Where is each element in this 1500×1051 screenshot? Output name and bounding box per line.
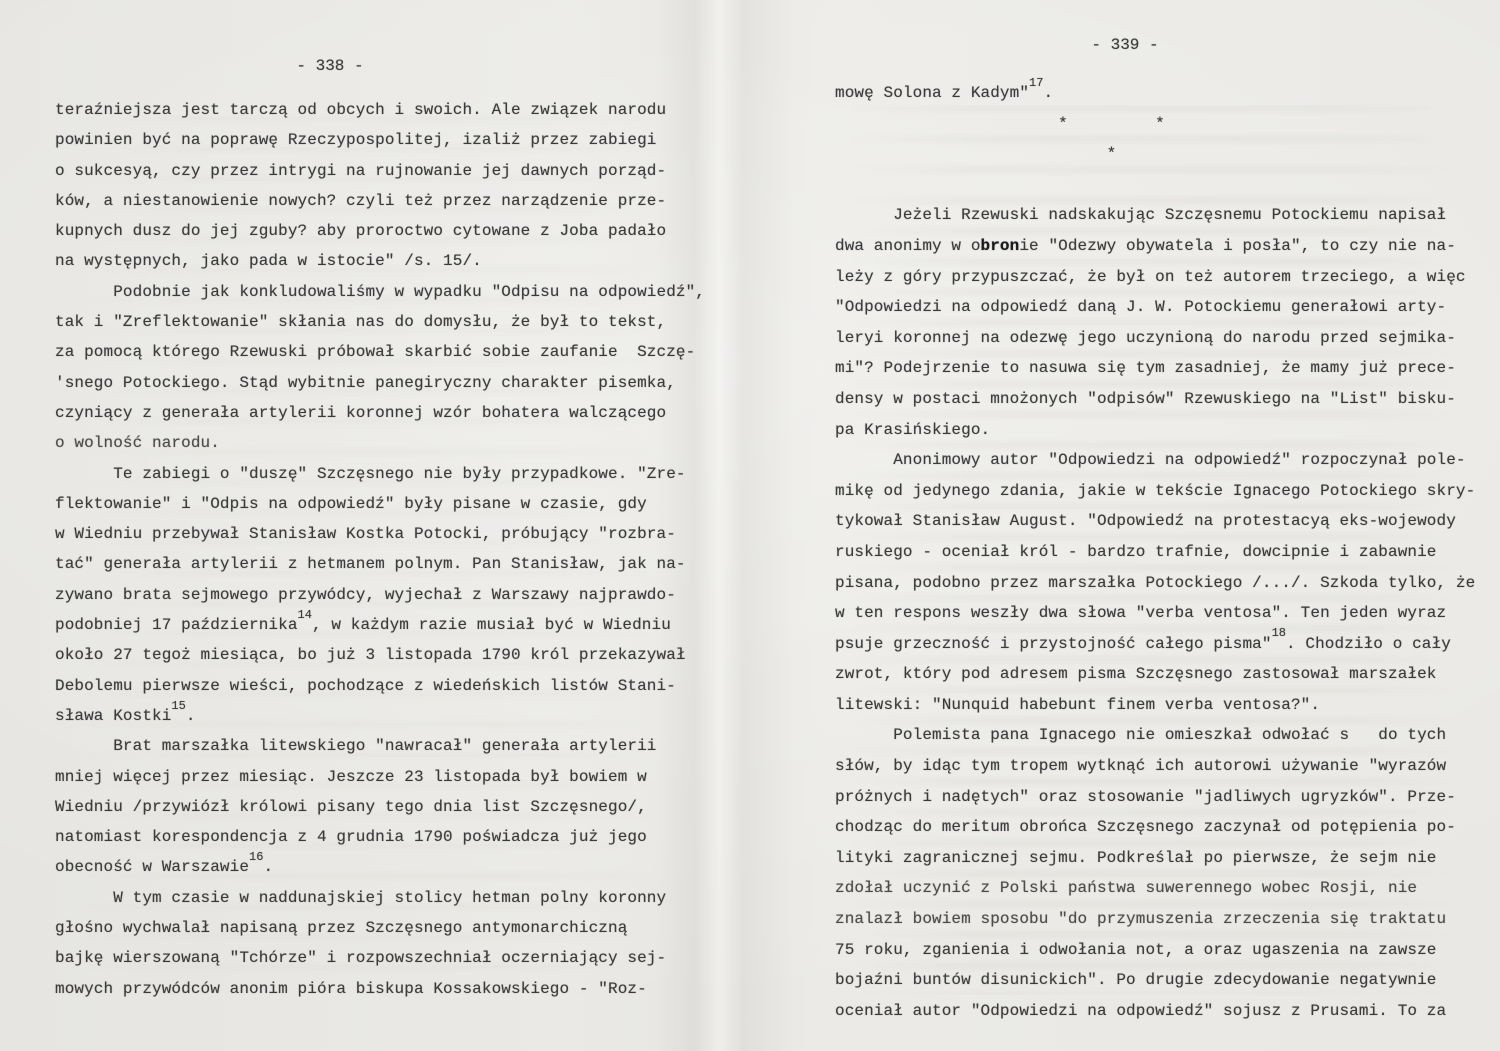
text-line: mniej więcej przez miesiąc. Jeszcze 23 l… (55, 768, 695, 798)
text-line: mowę Solona z Kadym"17. (835, 84, 1495, 115)
text-line: w ten respons weszły dwa słowa "verba ve… (835, 604, 1495, 635)
footnote-reference: 15 (171, 699, 185, 713)
text-line: pisana, podobno przez marszałka Potockie… (835, 574, 1495, 605)
footnote-reference: 17 (1029, 76, 1043, 90)
footnote-reference: 14 (298, 608, 312, 622)
text-line: na występnych, jako pada w istocie" /s. … (55, 252, 695, 282)
text-line: sława Kostki15. (55, 707, 695, 737)
text-line: Brat marszałka litewskiego "nawracał" ge… (55, 737, 695, 767)
text-line: flektowanie" i "Odpis na odpowiedź" były… (55, 495, 695, 525)
text-line: mikę od jedynego zdania, jakie w tekście… (835, 482, 1495, 513)
text-line: mi"? Podejrzenie to nasuwa się tym zasad… (835, 359, 1495, 390)
text-line: podobniej 17 października14, w każdym ra… (55, 616, 695, 646)
text-line: natomiast korespondencja z 4 grudnia 179… (55, 828, 695, 858)
page-number-right: - 339 - (835, 36, 1415, 54)
text-line: litewski: "Nunquid habebunt finem verba … (835, 696, 1495, 727)
text-line: o sukcesyą, czy przez intrygi na rujnowa… (55, 162, 695, 192)
text-line: powinien być na poprawę Rzeczypospolitej… (55, 131, 695, 161)
text-line: * * (835, 115, 1495, 146)
text-line: o wolność narodu. (55, 434, 695, 464)
text-line: około 27 tegoż miesiąca, bo już 3 listop… (55, 646, 695, 676)
text-line: za pomocą którego Rzewuski próbował skar… (55, 343, 695, 373)
text-line: Te zabiegi o "duszę" Szczęsnego nie były… (55, 465, 695, 495)
text-line: obecność w Warszawie16. (55, 858, 695, 888)
text-line: słów, by idąc tym tropem wytknąć ich aut… (835, 757, 1495, 788)
text-line: dwa anonimy w obronie "Odezwy obywatela … (835, 237, 1495, 268)
text-line: oceniał autor "Odpowiedzi na odpowiedź" … (835, 1002, 1495, 1033)
page-338-text: teraźniejsza jest tarczą od obcych i swo… (55, 101, 695, 1010)
text-line: 'snego Potockiego. Stąd wybitnie panegir… (55, 374, 695, 404)
text-line: pa Krasińskiego. (835, 421, 1495, 452)
text-line: W tym czasie w naddunajskiej stolicy het… (55, 889, 695, 919)
text-line: mowych przywódców anonim pióra biskupa K… (55, 980, 695, 1010)
text-line: Anonimowy autor "Odpowiedzi na odpowiedź… (835, 451, 1495, 482)
text-line: ków, a niestanowienie nowych? czyli też … (55, 192, 695, 222)
text-line: Polemista pana Ignacego nie omieszkał od… (835, 726, 1495, 757)
text-line: bajkę wierszowaną "Tchórze" i rozpowszec… (55, 949, 695, 979)
text-line: czyniący z generała artylerii koronnej w… (55, 404, 695, 434)
text-line: znalazł bowiem sposobu "do przymuszenia … (835, 910, 1495, 941)
text-line: Wiedniu /przywiózł królowi pisany tego d… (55, 798, 695, 828)
text-line: głośno wychwalał napisaną przez Szczęsne… (55, 919, 695, 949)
footnote-reference: 18 (1272, 626, 1286, 640)
text-line: zdołał uczynić z Polski państwa suwerenn… (835, 879, 1495, 910)
text-line: Jeżeli Rzewuski nadskakując Szczęsnemu P… (835, 206, 1495, 237)
text-line: lityki zagranicznej sejmu. Podkreślał po… (835, 849, 1495, 880)
text-line: psuje grzeczność i przystojność całego p… (835, 635, 1495, 666)
text-line: tak i "Zreflektowanie" skłania nas do do… (55, 313, 695, 343)
text-line: 75 roku, zganienia i odwołania not, a or… (835, 941, 1495, 972)
text-line: Debolemu pierwsze wieści, pochodzące z w… (55, 677, 695, 707)
text-line: bojaźni buntów disunickich". Po drugie z… (835, 971, 1495, 1002)
text-line: leryi koronnej na odezwę jego uczynioną … (835, 329, 1495, 360)
text-line: * (835, 145, 1495, 176)
scanned-book-spread: - 338 - teraźniejsza jest tarczą od obcy… (0, 0, 1500, 1051)
page-339-text: mowę Solona z Kadym"17. * * * Jeżeli Rze… (835, 84, 1495, 1032)
text-line: kupnych dusz do jej zguby? aby proroctwo… (55, 222, 695, 252)
text-line: tać" generała artylerii z hetmanem polny… (55, 555, 695, 585)
page-number-left: - 338 - (55, 57, 605, 75)
text-line (835, 176, 1495, 207)
text-line: leży z góry przypuszczać, że był on też … (835, 268, 1495, 299)
text-line: tykował Stanisław August. "Odpowiedź na … (835, 512, 1495, 543)
text-line: teraźniejsza jest tarczą od obcych i swo… (55, 101, 695, 131)
footnote-reference: 16 (249, 850, 263, 864)
text-line: zywano brata sejmowego przywódcy, wyjech… (55, 586, 695, 616)
text-line: ruskiego - oceniał król - bardzo trafnie… (835, 543, 1495, 574)
text-line: densy w postaci mnożonych "odpisów" Rzew… (835, 390, 1495, 421)
text-line: chodząc do meritum obrońca Szczęsnego za… (835, 818, 1495, 849)
text-line: próżnych i nadętych" oraz stosowanie "ja… (835, 788, 1495, 819)
text-line: Podobnie jak konkludowaliśmy w wypadku "… (55, 283, 695, 313)
text-line: "Odpowiedzi na odpowiedź daną J. W. Poto… (835, 298, 1495, 329)
text-line: zwrot, który pod adresem pisma Szczęsneg… (835, 665, 1495, 696)
text-line: w Wiedniu przebywał Stanisław Kostka Pot… (55, 525, 695, 555)
ink-overwrite: bron (981, 237, 1020, 255)
